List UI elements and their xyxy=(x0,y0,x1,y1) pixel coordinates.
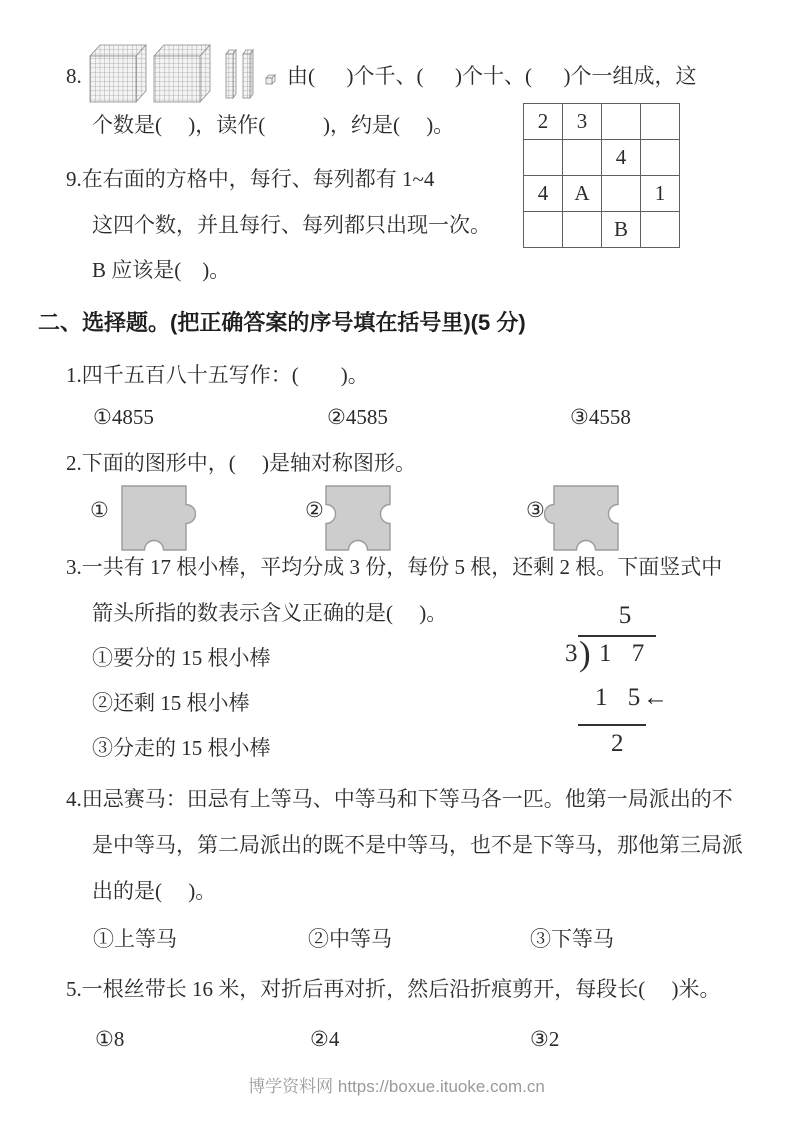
grid-cell xyxy=(602,104,641,140)
long-division-figure: 5 3 ) 1 7 1 5 ← 2 xyxy=(565,602,700,752)
choice-q4-option-2: ②中等马 xyxy=(308,926,392,952)
choice-q3-stem-line1: 3.一共有 17 根小棒，平均分成 3 份，每份 5 根，还剩 2 根。下面竖式… xyxy=(66,554,722,580)
choice-q1-option-3: ③4558 xyxy=(570,404,631,430)
grid-cell xyxy=(563,140,602,176)
grid-cell: 4 xyxy=(602,140,641,176)
division-dividend: 1 7 xyxy=(599,640,651,668)
q8-number: 8. xyxy=(66,63,82,89)
puzzle-piece-1-icon xyxy=(112,484,196,554)
grid-cell xyxy=(641,212,680,248)
thousand-cube-icon xyxy=(90,45,146,102)
choice-q1-option-2: ②4585 xyxy=(327,404,388,430)
choice-q3-option-3: ③分走的 15 根小棒 xyxy=(92,735,271,761)
section-2-title: 二、选择题。(把正确答案的序号填在括号里)(5 分) xyxy=(38,306,526,337)
grid-cell: B xyxy=(602,212,641,248)
choice-q2-label-3: ③ xyxy=(526,497,545,523)
grid-cell: 4 xyxy=(524,176,563,212)
choice-q2-stem: 2.下面的图形中，( )是轴对称图形。 xyxy=(66,450,416,476)
grid-cell xyxy=(641,104,680,140)
division-subtract-line xyxy=(578,724,646,726)
division-remainder: 2 xyxy=(611,730,624,758)
q9-stem-line1: 9.在右面的方格中，每行、每列都有 1~4 xyxy=(66,166,434,192)
choice-q1-stem: 1.四千五百八十五写作：( )。 xyxy=(66,362,369,388)
puzzle-piece-3-icon xyxy=(544,484,628,554)
grid-cell: 1 xyxy=(641,176,680,212)
grid-cell xyxy=(563,212,602,248)
choice-q4-stem-line1: 4.田忌赛马：田忌有上等马、中等马和下等马各一匹。他第一局派出的不 xyxy=(66,786,733,812)
grid-cell xyxy=(524,140,563,176)
choice-q4-stem-line3: 出的是( )。 xyxy=(92,878,216,904)
grid-cell: 2 xyxy=(524,104,563,140)
choice-q3-option-1: ①要分的 15 根小棒 xyxy=(92,645,271,671)
number-grid: 2 3 4 4 A 1 B xyxy=(523,103,680,248)
choice-q4-option-3: ③下等马 xyxy=(530,926,614,952)
choice-q5-option-3: ③2 xyxy=(530,1026,559,1052)
choice-q1-option-1: ①4855 xyxy=(93,404,154,430)
grid-cell: A xyxy=(563,176,602,212)
division-divisor: 3 xyxy=(565,640,578,668)
ten-rod-icon xyxy=(226,50,236,98)
puzzle-piece-2-icon xyxy=(316,484,400,554)
worksheet-page: { "colors": { "text": "#2b2b2b", "footer… xyxy=(0,0,793,1122)
grid-cell xyxy=(602,176,641,212)
q8-stem-line2: 个数是( )，读作( )，约是( )。 xyxy=(92,112,454,138)
grid-cell xyxy=(641,140,680,176)
q9-stem-line2: 这四个数，并且每行、每列都只出现一次。 xyxy=(92,212,491,238)
one-cube-icon xyxy=(266,75,275,84)
footer-watermark: 博学资料网 https://boxue.ituoke.com.cn xyxy=(0,1072,793,1097)
choice-q4-option-1: ①上等马 xyxy=(93,926,177,952)
choice-q4-stem-line2: 是中等马，第二局派出的既不是中等马，也不是下等马，那他第三局派 xyxy=(92,832,743,858)
thousand-cube-icon xyxy=(154,45,210,102)
division-quotient: 5 xyxy=(608,602,642,630)
grid-cell xyxy=(524,212,563,248)
division-bracket: ) xyxy=(579,634,591,674)
ten-rod-icon xyxy=(243,50,253,98)
choice-q3-stem-line2: 箭头所指的数表示含义正确的是( )。 xyxy=(92,600,447,626)
division-product: 1 5 xyxy=(595,684,647,712)
arrow-left-icon: ← xyxy=(643,684,668,712)
choice-q3-option-2: ②还剩 15 根小棒 xyxy=(92,690,250,716)
choice-q5-option-2: ②4 xyxy=(310,1026,339,1052)
base-ten-blocks-figure xyxy=(86,40,286,108)
q8-stem-line1: 由( )个千、( )个十、( )个一组成，这 xyxy=(287,63,696,89)
choice-q5-stem: 5.一根丝带长 16 米，对折后再对折，然后沿折痕剪开，每段长( )米。 xyxy=(66,976,720,1002)
choice-q5-option-1: ①8 xyxy=(95,1026,124,1052)
grid-cell: 3 xyxy=(563,104,602,140)
q9-stem-line3: B 应该是( )。 xyxy=(92,257,230,283)
choice-q2-label-1: ① xyxy=(90,497,109,523)
